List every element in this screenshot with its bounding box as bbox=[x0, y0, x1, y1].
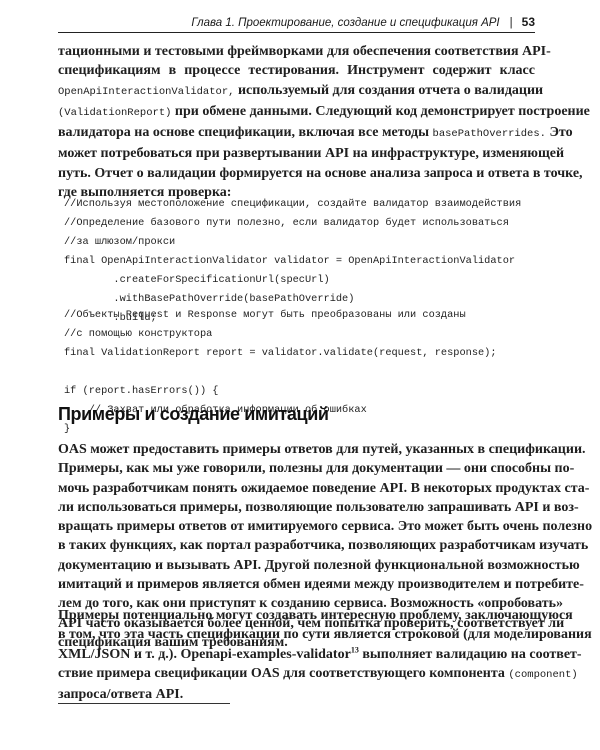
code-line: if (report.hasErrors()) { bbox=[64, 382, 497, 401]
text-line: вращать примеры ответов от имитируемого … bbox=[58, 517, 535, 536]
text-line: OAS может предоставить примеры ответов д… bbox=[58, 440, 535, 459]
footnote-ref[interactable]: 13 bbox=[351, 645, 359, 654]
text-line: ли использоваться примеры, позволяющие п… bbox=[58, 498, 535, 517]
text-line: запроса/ответа API. bbox=[58, 685, 535, 704]
text-line: ствие примера свецификации OAS для соотв… bbox=[58, 664, 535, 685]
text-line: Примеры потенциально могут создавать инт… bbox=[58, 606, 535, 625]
text-line: имитаций и примеров является обмен идеям… bbox=[58, 575, 535, 594]
text-line: валидатора на основе спецификации, включ… bbox=[58, 123, 535, 144]
code-line: //Используя местоположение спецификации,… bbox=[64, 195, 521, 214]
header-separator: | bbox=[510, 17, 513, 29]
text-line: XML/JSON и т. д.). Openapi-examples-vali… bbox=[58, 645, 535, 664]
text-line: может потребоваться при развертывании AP… bbox=[58, 144, 535, 163]
text-line: (ValidationReport) при обмене данными. С… bbox=[58, 102, 535, 123]
footnote-divider bbox=[58, 703, 230, 704]
code-line bbox=[64, 363, 497, 382]
text-line: документацию и вызывать API. Другой поле… bbox=[58, 556, 535, 575]
section-heading: Примеры и создание имитаций bbox=[58, 404, 329, 425]
code-term-component: (component) bbox=[508, 669, 577, 681]
code-term-report: (ValidationReport) bbox=[58, 107, 171, 119]
chapter-title: Глава 1. Проектирование, создание и спец… bbox=[191, 17, 499, 29]
code-term-validator: OpenApiInteractionValidator, bbox=[58, 86, 234, 98]
code-line: //за шлюзом/прокси bbox=[64, 233, 521, 252]
code-line: //Определение базового пути полезно, есл… bbox=[64, 214, 521, 233]
text-line: спецификациям в процессе тестирования. И… bbox=[58, 61, 535, 80]
text-line: тационными и тестовыми фреймворками для … bbox=[58, 42, 535, 61]
text-line: в том, что эта часть спецификации по сут… bbox=[58, 625, 535, 644]
text-line: OpenApiInteractionValidator, используемы… bbox=[58, 81, 535, 102]
text-line: Примеры, как мы уже говорили, полезны дл… bbox=[58, 459, 535, 478]
text-line: мочь разработчикам понять ожидаемое пове… bbox=[58, 479, 535, 498]
page-number: 53 bbox=[522, 15, 535, 29]
code-line: final OpenApiInteractionValidator valida… bbox=[64, 252, 521, 271]
code-line: //Объекты Request и Response могут быть … bbox=[64, 306, 497, 325]
running-header: Глава 1. Проектирование, создание и спец… bbox=[58, 14, 535, 33]
code-line: final ValidationReport report = validato… bbox=[64, 344, 497, 363]
code-term-methods: basePathOverrides. bbox=[433, 128, 546, 140]
text-line: в таких функциях, как портал разработчик… bbox=[58, 536, 535, 555]
code-line: //с помощью конструктора bbox=[64, 325, 497, 344]
paragraph-examples-validator: Примеры потенциально могут создавать инт… bbox=[58, 606, 535, 704]
